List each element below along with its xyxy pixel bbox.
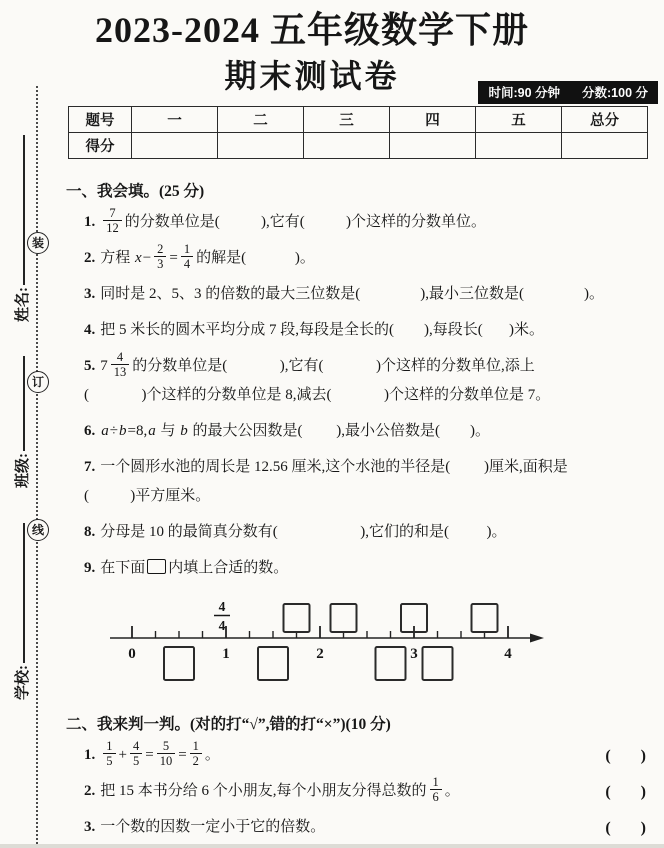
frac-label-numerator: 4 <box>219 599 226 614</box>
question-text: 分母是 10 的最简真分数有( ),它们的和是( )。 <box>100 524 506 540</box>
question-number: 3. <box>84 286 95 302</box>
score-cell-empty <box>476 133 562 159</box>
question-number: 6. <box>84 423 95 439</box>
fraction: 510 <box>157 739 176 768</box>
frac-label-denominator: 4 <box>219 618 226 633</box>
axis-label: 3 <box>410 646 418 662</box>
section-1-heading: 一、我会填。(25 分) <box>66 179 658 201</box>
fraction-numerator: 7 <box>103 206 122 221</box>
number-line: 0123444 <box>60 590 620 692</box>
question-number: 1. <box>84 747 95 763</box>
question-text: 内填上合适的数。 <box>168 560 288 576</box>
score-table-header-cell: 五 <box>476 107 562 133</box>
score-table-header-cell: 四 <box>390 107 476 133</box>
question: 8.分母是 10 的最简真分数有( ),它们的和是( )。 <box>84 518 658 547</box>
question-number: 4. <box>84 322 95 338</box>
answer-bracket-open: ( <box>605 747 610 764</box>
question-number: 3. <box>84 819 95 835</box>
question-text: − <box>143 250 151 266</box>
question: 3.同时是 2、5、3 的倍数的最大三位数是( ),最小三位数是( )。 <box>84 280 658 309</box>
fraction-denominator: 2 <box>190 754 202 768</box>
question-text: 与 <box>157 423 180 439</box>
fill-box-below <box>164 647 194 680</box>
answer-bracket: () <box>605 777 646 806</box>
fraction-numerator: 1 <box>103 739 115 754</box>
fraction: 14 <box>181 242 193 271</box>
question-text: 在下面 <box>100 560 145 576</box>
score-table: 题号一二三四五总分得分 <box>68 106 648 159</box>
score-cell-empty <box>562 133 648 159</box>
question: 1.15+45=510=12。() <box>84 741 658 770</box>
fraction-numerator: 1 <box>190 739 202 754</box>
question-text: 方程 <box>100 250 134 266</box>
fraction: 15 <box>103 739 115 768</box>
fraction-numerator: 5 <box>157 739 176 754</box>
fill-box-above <box>472 604 498 632</box>
scan-bottom-shadow <box>0 844 664 848</box>
question: 2.方程 x−23=14的解是( )。 <box>84 244 658 273</box>
fill-box-above <box>331 604 357 632</box>
school-field: 学校: <box>11 523 32 700</box>
fraction-denominator: 3 <box>154 257 166 271</box>
fraction: 16 <box>430 775 442 804</box>
question: 2.把 15 本书分给 6 个小朋友,每个小朋友分得总数的16。() <box>84 777 658 806</box>
time-label: 时间:90 分钟 <box>488 83 560 101</box>
answer-bracket-close: ) <box>641 783 646 800</box>
axis-label: 1 <box>222 646 230 662</box>
fraction-denominator: 12 <box>103 221 122 235</box>
fill-box-below <box>423 647 453 680</box>
question-number: 2. <box>84 783 95 799</box>
question-text: = <box>178 747 186 763</box>
question-text: 的分数单位是( ),它有( )个这样的分数单位,添上 ( )个这样的分数单位是 … <box>84 358 550 403</box>
fraction: 12 <box>190 739 202 768</box>
class-label: 班级: <box>15 453 31 488</box>
question-text: 同时是 2、5、3 的倍数的最大三位数是( ),最小三位数是( )。 <box>100 286 604 302</box>
question: 5.7413的分数单位是( ),它有( )个这样的分数单位,添上 ( )个这样的… <box>84 352 658 410</box>
question-text: 的解是( )。 <box>196 250 315 266</box>
axis-arrow <box>530 634 544 643</box>
math-variable: a <box>147 423 157 439</box>
question-text: 把 15 本书分给 6 个小朋友,每个小朋友分得总数的 <box>100 783 426 799</box>
binding-char-ding: 订 <box>27 371 49 393</box>
inline-answer-box <box>147 559 166 574</box>
axis-label: 4 <box>504 646 512 662</box>
fraction-denominator: 4 <box>181 257 193 271</box>
question-text: 把 5 米长的圆木平均分成 7 段,每段是全长的( ),每段长( )米。 <box>100 322 544 338</box>
score-label: 分数:100 分 <box>582 83 648 101</box>
binding-char-zhuang: 装 <box>27 232 49 254</box>
question-number: 1. <box>84 214 95 230</box>
fraction: 413 <box>111 350 130 379</box>
question: 9.在下面内填上合适的数。 <box>84 554 658 583</box>
fraction-numerator: 1 <box>181 242 193 257</box>
question-text: 7 <box>100 358 108 374</box>
question-number: 7. <box>84 459 95 475</box>
name-blank-line <box>23 135 25 285</box>
answer-bracket: () <box>605 741 646 770</box>
question: 3.一个数的因数一定小于它的倍数。() <box>84 813 658 842</box>
fraction-denominator: 10 <box>157 754 176 768</box>
section-2-heading: 二、我来判一判。(对的打“√”,错的打“×”)(10 分) <box>66 712 658 734</box>
section-1-questions: 1.712的分数单位是( ),它有( )个这样的分数单位。2.方程 x−23=1… <box>60 208 658 583</box>
fill-box-below <box>258 647 288 680</box>
question-text: 一个圆形水池的周长是 12.56 厘米,这个水池的半径是( )厘米,面积是 ( … <box>84 459 568 504</box>
binding-char-xian: 线 <box>27 519 49 541</box>
math-variable: b <box>179 423 189 439</box>
question-text: = <box>145 747 153 763</box>
answer-bracket: () <box>605 813 646 842</box>
question-text: 。 <box>445 783 460 799</box>
axis-label: 2 <box>316 646 324 662</box>
score-row-label: 得分 <box>69 133 132 159</box>
section-2-questions: 1.15+45=510=12。()2.把 15 本书分给 6 个小朋友,每个小朋… <box>60 741 658 842</box>
content-column: 2023-2024 五年级数学下册 期末测试卷 时间:90 分钟 分数:100 … <box>60 0 658 848</box>
score-cell-empty <box>390 133 476 159</box>
fill-box-below <box>376 647 406 680</box>
time-score-badge: 时间:90 分钟 分数:100 分 <box>478 81 658 104</box>
score-table-header-cell: 二 <box>218 107 304 133</box>
score-cell-empty <box>218 133 304 159</box>
question-number: 9. <box>84 560 95 576</box>
number-line-wrap: 0123444 <box>60 590 658 692</box>
school-label: 学校: <box>15 665 31 700</box>
question-text: 一个数的因数一定小于它的倍数。 <box>100 819 325 835</box>
score-table-header-cell: 一 <box>132 107 218 133</box>
answer-bracket-open: ( <box>605 783 610 800</box>
name-label: 姓名: <box>15 287 31 322</box>
score-table-header-cell: 总分 <box>562 107 648 133</box>
fraction-numerator: 4 <box>111 350 130 365</box>
fraction: 712 <box>103 206 122 235</box>
fraction-denominator: 6 <box>430 790 442 804</box>
answer-bracket-open: ( <box>605 819 610 836</box>
fraction-denominator: 5 <box>103 754 115 768</box>
question-text: + <box>119 747 127 763</box>
score-cell-empty <box>132 133 218 159</box>
score-cell-empty <box>304 133 390 159</box>
question-text: ÷ <box>110 423 118 439</box>
question-number: 2. <box>84 250 95 266</box>
question-text: =8, <box>127 423 147 439</box>
question-text: = <box>169 250 177 266</box>
fill-box-above <box>284 604 310 632</box>
question-text: 的分数单位是( ),它有( )个这样的分数单位。 <box>125 214 486 230</box>
fraction-denominator: 5 <box>130 754 142 768</box>
page-title: 2023-2024 五年级数学下册 <box>62 2 562 53</box>
score-table-header-cell: 题号 <box>69 107 132 133</box>
question: 1.712的分数单位是( ),它有( )个这样的分数单位。 <box>84 208 658 237</box>
question-text: 。 <box>205 747 220 763</box>
question-number: 8. <box>84 524 95 540</box>
binding-dotted-line <box>36 86 38 848</box>
question-number: 5. <box>84 358 95 374</box>
fraction-numerator: 2 <box>154 242 166 257</box>
name-field: 姓名: <box>11 135 32 322</box>
question: 6.a÷b=8,a 与 b 的最大公因数是( ),最小公倍数是( )。 <box>84 417 658 446</box>
math-variable: a <box>100 423 110 439</box>
answer-bracket-close: ) <box>641 819 646 836</box>
class-blank-line <box>23 356 25 451</box>
fraction-numerator: 4 <box>130 739 142 754</box>
fraction: 23 <box>154 242 166 271</box>
exam-page: 姓名: 班级: 学校: 装 订 线 2023-2024 五年级数学下册 期末测试… <box>0 0 664 848</box>
axis-label: 0 <box>128 646 136 662</box>
question-text: 的最大公因数是( ),最小公倍数是( )。 <box>189 423 490 439</box>
fraction-denominator: 13 <box>111 365 130 379</box>
score-table-body: 题号一二三四五总分得分 <box>69 107 648 159</box>
fraction: 45 <box>130 739 142 768</box>
math-variable: x <box>134 250 143 266</box>
question: 4.把 5 米长的圆木平均分成 7 段,每段是全长的( ),每段长( )米。 <box>84 316 658 345</box>
fraction-numerator: 1 <box>430 775 442 790</box>
school-blank-line <box>23 523 25 663</box>
score-table-header-cell: 三 <box>304 107 390 133</box>
answer-bracket-close: ) <box>641 747 646 764</box>
question: 7.一个圆形水池的周长是 12.56 厘米,这个水池的半径是( )厘米,面积是 … <box>84 453 658 511</box>
